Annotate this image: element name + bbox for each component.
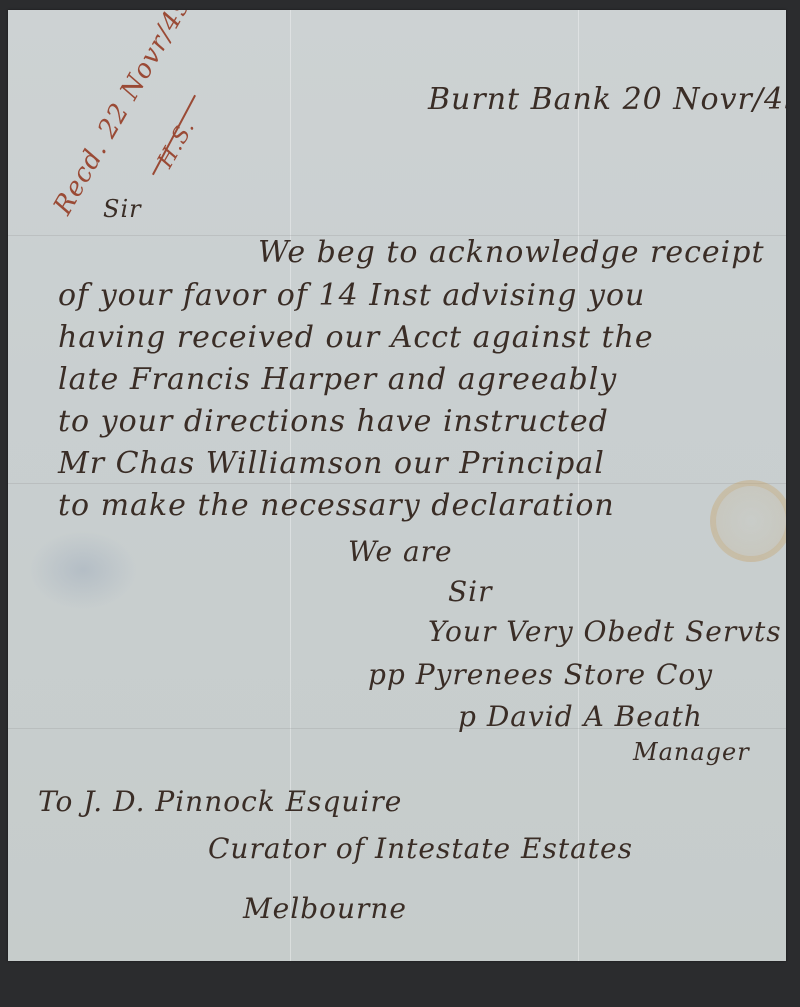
signatory-name: p David A Beath	[458, 700, 703, 733]
ink-smudge	[28, 530, 138, 610]
place-date: Burnt Bank 20 Novr/49	[428, 82, 786, 117]
body-line: to make the necessary declaration	[58, 488, 615, 523]
body-line: late Francis Harper and agreeably	[58, 362, 617, 397]
water-stain	[710, 480, 786, 562]
body-line: having received our Acct against the	[58, 320, 654, 355]
body-line: We beg to acknowledge receipt	[258, 235, 765, 270]
addressee-city: Melbourne	[243, 892, 407, 925]
body-line: of your favor of 14 Inst advising you	[58, 278, 645, 313]
salutation: Sir	[103, 195, 142, 223]
closing-sir: Sir	[448, 575, 493, 608]
signatory-title: Manager	[633, 738, 750, 766]
signatory-company: pp Pyrenees Store Coy	[368, 658, 713, 691]
body-line: to your directions have instructed	[58, 404, 609, 439]
fold-line-horizontal	[8, 483, 786, 484]
fold-line-vertical	[578, 10, 579, 961]
letter-paper: Recd. 22 Novr/49. H.S. Burnt Bank 20 Nov…	[8, 10, 786, 961]
closing-your-servants: Your Very Obedt Servts	[428, 615, 782, 648]
closing-we-are: We are	[348, 535, 453, 568]
addressee-title: Curator of Intestate Estates	[208, 832, 633, 865]
body-line: Mr Chas Williamson our Principal	[58, 446, 605, 481]
receipt-initials: H.S.	[153, 115, 200, 172]
addressee-name: To J. D. Pinnock Esquire	[38, 785, 402, 818]
fold-line-vertical	[290, 10, 291, 961]
